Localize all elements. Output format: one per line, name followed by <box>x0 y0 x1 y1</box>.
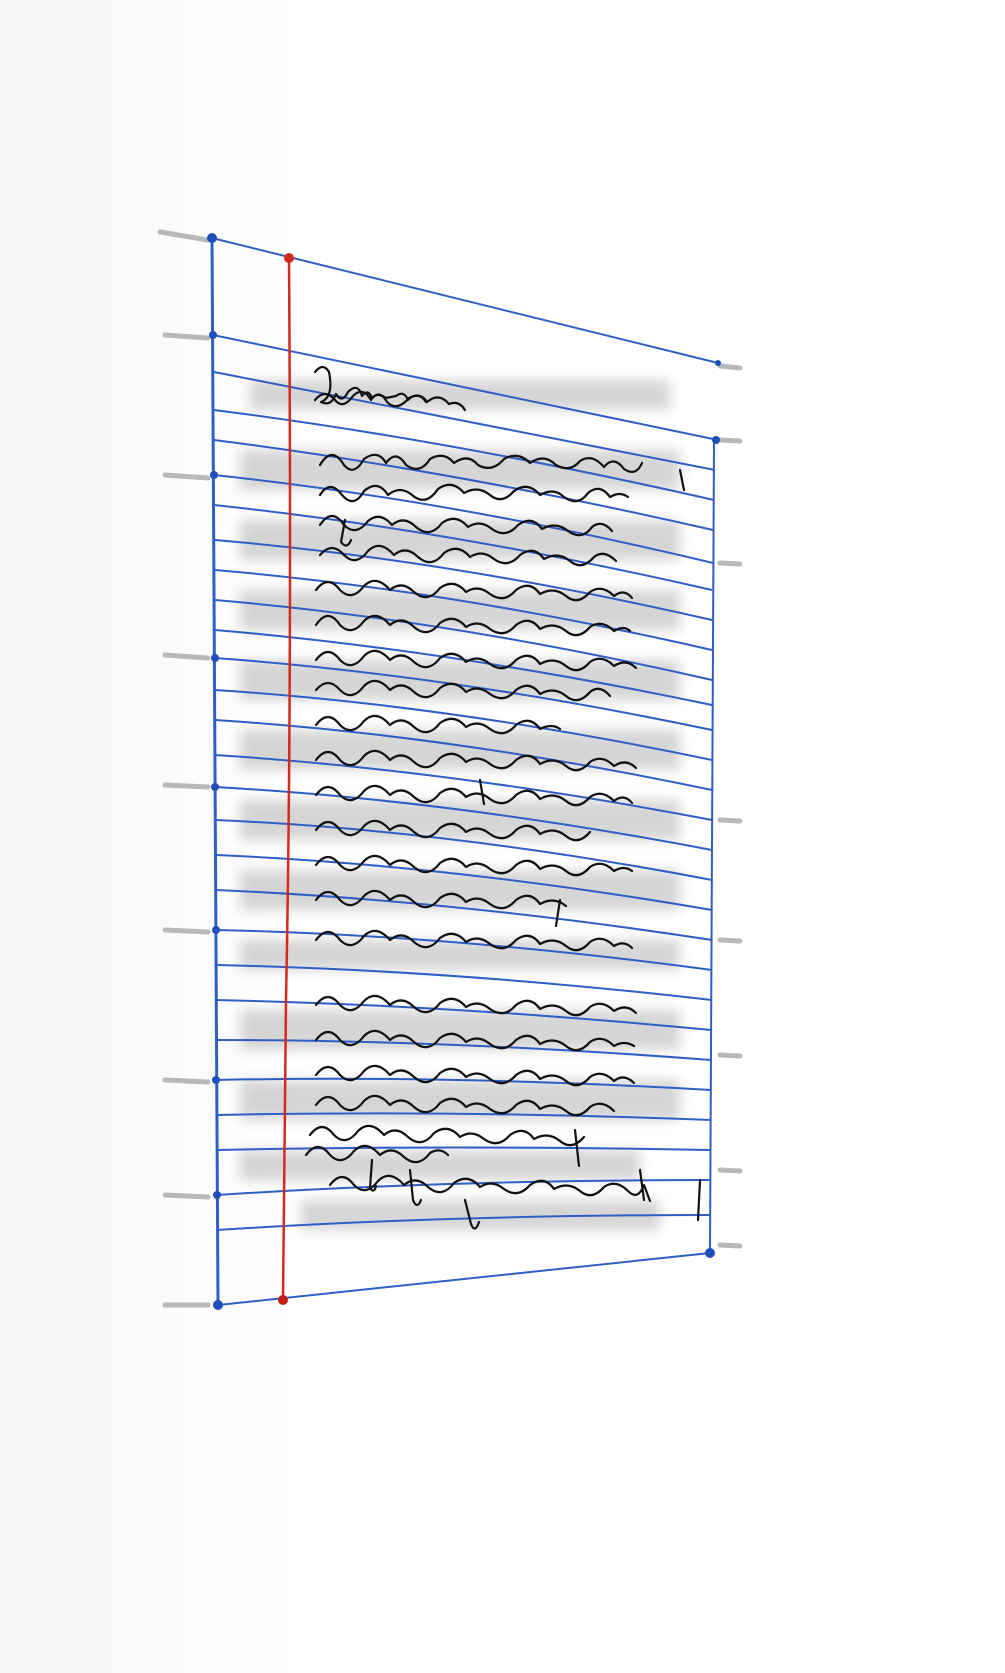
thread-sculpture <box>0 0 1005 1673</box>
pins-right <box>720 366 740 1246</box>
margin-line <box>278 253 294 1305</box>
pins-left <box>160 232 208 1305</box>
